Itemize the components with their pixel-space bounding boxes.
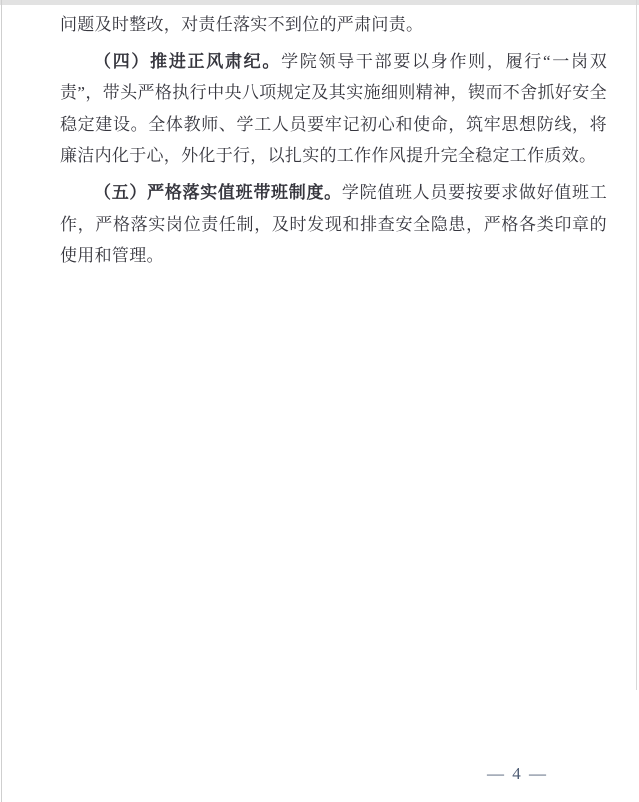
- paragraph-continuation: 问题及时整改，对责任落实不到位的严肃问责。: [60, 9, 607, 41]
- paragraph-item-4: （四）推进正风肃纪。学院领导干部要以身作则，履行“一岗双责”，带头严格执行中央八…: [60, 46, 607, 172]
- paragraph-lead: （四）推进正风肃纪。: [94, 52, 281, 71]
- page-right-edge: [636, 0, 637, 690]
- page-left-edge: [1, 0, 2, 802]
- page-number: — 4 —: [487, 764, 551, 784]
- paragraph-lead: （五）严格落实值班带班制度。: [94, 183, 342, 202]
- paragraph-text: 问题及时整改，对责任落实不到位的严肃问责。: [60, 15, 423, 34]
- document-page: 问题及时整改，对责任落实不到位的严肃问责。 （四）推进正风肃纪。学院领导干部要以…: [0, 0, 639, 802]
- page-top-edge: [0, 0, 639, 5]
- document-body: 问题及时整改，对责任落实不到位的严肃问责。 （四）推进正风肃纪。学院领导干部要以…: [60, 9, 607, 277]
- paragraph-item-5: （五）严格落实值班带班制度。学院值班人员要按要求做好值班工作，严格落实岗位责任制…: [60, 177, 607, 272]
